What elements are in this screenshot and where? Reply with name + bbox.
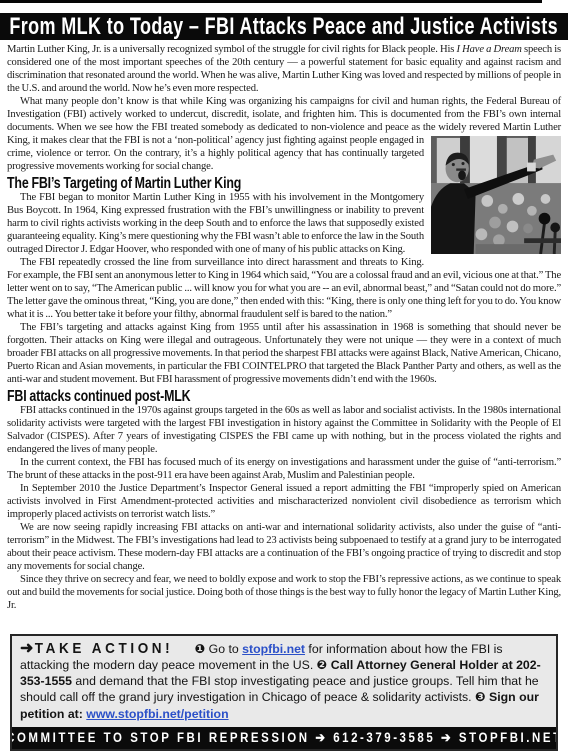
paragraph: The FBI’s targeting and attacks against …	[7, 321, 561, 386]
step-2-text: and demand that the FBI stop investigati…	[20, 674, 539, 704]
paragraph: Since they thrive on secrecy and fear, w…	[7, 573, 561, 612]
italic-speech-title: I Have a Dream	[457, 44, 522, 55]
arrow-right-icon: ➜	[20, 640, 33, 657]
stopfbi-link[interactable]: stopfbi.net	[242, 642, 305, 656]
mlk-photo	[431, 136, 561, 254]
petition-link[interactable]: www.stopfbi.net/petition	[86, 707, 228, 721]
paragraph-text: Martin Luther King, Jr. is a universally…	[7, 44, 457, 55]
paragraph: We are now seeing rapidly increasing FBI…	[7, 521, 561, 573]
section-heading-text: The FBI’s Targeting of Martin Luther Kin…	[7, 177, 241, 190]
intro-paragraph-1: Martin Luther King, Jr. is a universally…	[7, 43, 561, 95]
paragraph: The FBI repeatedly crossed the line from…	[7, 256, 561, 321]
step-2-number-icon: ❷	[317, 657, 328, 672]
take-action-heading: TAKE ACTION!	[33, 641, 175, 657]
section-heading-post-mlk: FBI attacks continued post-MLK	[7, 390, 561, 403]
take-action-text: ➜TAKE ACTION! ❶ Go to stopfbi.net for in…	[12, 636, 556, 725]
page-title: From MLK to Today – FBI Attacks Peace an…	[10, 13, 559, 40]
paragraph: In the current context, the FBI has focu…	[7, 456, 561, 482]
page-title-bar: From MLK to Today – FBI Attacks Peace an…	[0, 13, 568, 40]
take-action-box: ➜TAKE ACTION! ❶ Go to stopfbi.net for in…	[10, 634, 558, 751]
footer-bar: COMMITTEE TO STOP FBI REPRESSION ➔ 612-3…	[12, 727, 556, 749]
top-rule	[0, 0, 542, 3]
mlk-photo-graphic	[431, 136, 561, 254]
step-1-text: Go to	[209, 642, 243, 656]
step-1-number-icon: ❶	[195, 641, 206, 656]
footer-text: COMMITTEE TO STOP FBI REPRESSION ➔ 612-3…	[12, 730, 556, 746]
paragraph: In September 2010 the Justice Department…	[7, 482, 561, 521]
step-3-number-icon: ❸	[475, 689, 486, 704]
section-heading-text: FBI attacks continued post-MLK	[7, 390, 190, 403]
intro-paragraph-2: What many people don’t know is that whil…	[7, 95, 561, 173]
paragraph: FBI attacks continued in the 1970s again…	[7, 404, 561, 456]
article-body: Martin Luther King, Jr. is a universally…	[0, 40, 568, 612]
